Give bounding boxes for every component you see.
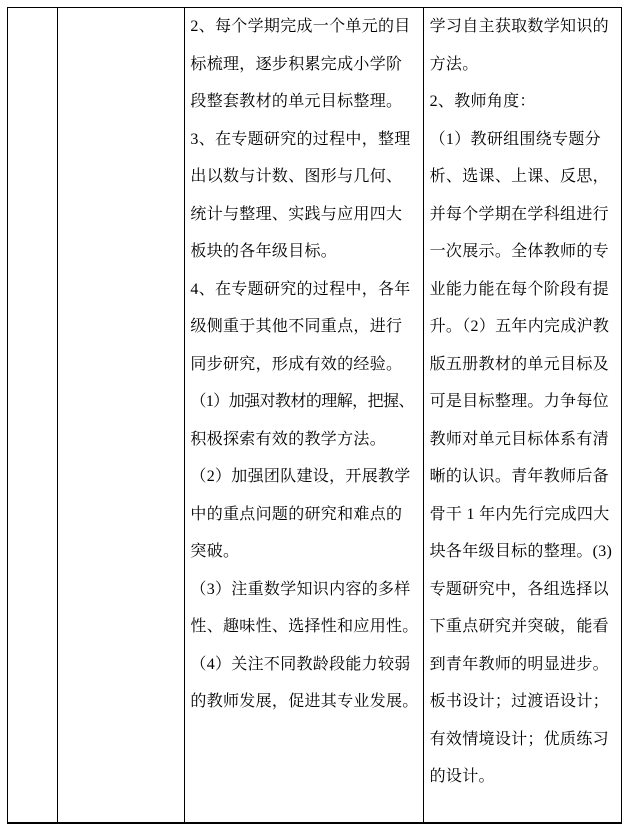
table-cell-line: 2、教师角度： [430, 83, 619, 121]
table-cell-line: 性、趣味性、选择性和应用性。 [190, 608, 420, 646]
table-cell-line: 标梳理，逐步积累完成小学阶 [190, 46, 420, 84]
table-cell-line: 3、在专题研究的过程中，整理 [190, 121, 420, 159]
table-cell-line: 教师对单元目标体系有清 [430, 421, 619, 459]
table-cell-line: 有效情境设计；优质练习 [430, 721, 619, 759]
table-cell-line: （3）注重数学知识内容的多样 [190, 571, 420, 609]
table-cell-line: 方法。 [430, 46, 619, 84]
table-cell-line: 业能力能在每个阶段有提 [430, 271, 619, 309]
table-cell-line: 的设计。 [430, 758, 619, 796]
table-cell-line: 4、在专题研究的过程中，各年 [190, 271, 420, 309]
table-cell-line: 版五册教材的单元目标及 [430, 346, 619, 384]
table-cell-line: （1）教研组围绕专题分 [430, 121, 619, 159]
table-cell-line: 板书设计；过渡语设计； [430, 683, 619, 721]
table-cell-line: （1）加强对教材的理解，把握、 [190, 383, 420, 421]
table-cell-line: 中的重点问题的研究和难点的 [190, 496, 420, 534]
table-cell-line: 升。（2）五年内完成沪教 [430, 308, 619, 346]
table-cell-line: 析、选课、上课、反思， [430, 158, 619, 196]
table-cell-line: 2、每个学期完成一个单元的目 [190, 8, 420, 46]
table-cell-line: 的教师发展，促进其专业发展。 [190, 683, 420, 721]
table-cell-empty-2 [58, 8, 186, 822]
table-cell-line: 到青年教师的明显进步。 [430, 646, 619, 684]
table-cell-line: 骨干 1 年内先行完成四大 [430, 496, 619, 534]
table-cell-line: （2）加强团队建设，开展教学 [190, 458, 420, 496]
table-cell-goals-text: 学习自主获取数学知识的方法。2、教师角度：（1）教研组围绕专题分析、选课、上课、… [424, 8, 621, 822]
table-cell-line: 板块的各年级目标。 [190, 233, 420, 271]
table-cell-empty-1 [8, 8, 58, 822]
table-cell-line: 级侧重于其他不同重点，进行 [190, 308, 420, 346]
table-cell-line: 一次展示。全体教师的专 [430, 233, 619, 271]
table-cell-line: 下重点研究并突破，能看 [430, 608, 619, 646]
table-cell-line: 块各年级目标的整理。(3) [430, 533, 619, 571]
document-table: 2、每个学期完成一个单元的目标梳理，逐步积累完成小学阶段整套教材的单元目标整理。… [7, 7, 622, 824]
table-cell-line: 可是目标整理。力争每位 [430, 383, 619, 421]
table-cell-line: 出以数与计数、图形与几何、 [190, 158, 420, 196]
table-cell-line: （4）关注不同教龄段能力较弱 [190, 646, 420, 684]
table-cell-line: 统计与整理、实践与应用四大 [190, 196, 420, 234]
table-cell-line: 同步研究，形成有效的经验。 [190, 346, 420, 384]
table-cell-line: 学习自主获取数学知识的 [430, 8, 619, 46]
table-cell-line: 突破。 [190, 533, 420, 571]
table-cell-line: 晰的认识。青年教师后备 [430, 458, 619, 496]
table-cell-line: 段整套教材的单元目标整理。 [190, 83, 420, 121]
table-cell-line: 并每个学期在学科组进行 [430, 196, 619, 234]
table-cell-measures-text: 2、每个学期完成一个单元的目标梳理，逐步积累完成小学阶段整套教材的单元目标整理。… [185, 8, 423, 822]
table-cell-line: 专题研究中，各组选择以 [430, 571, 619, 609]
table-cell-line: 积极探索有效的教学方法。 [190, 421, 420, 459]
